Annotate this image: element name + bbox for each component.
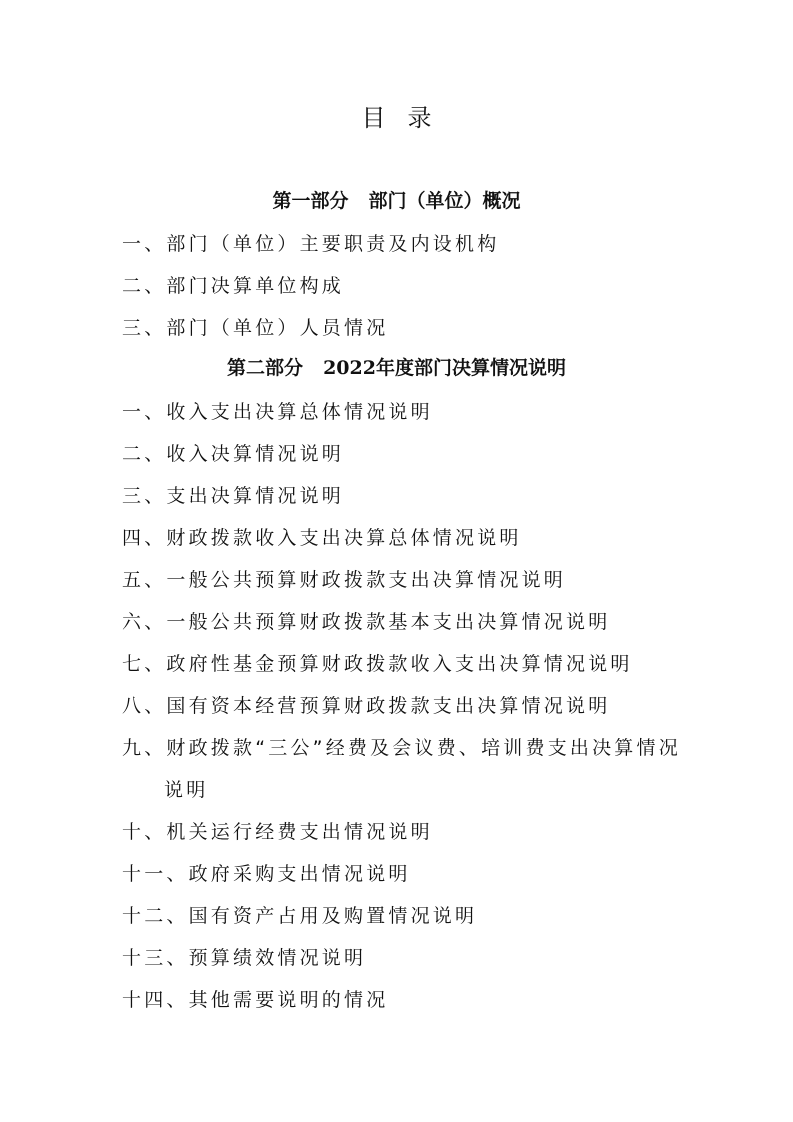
toc-item-text: 一般公共预算财政拨款支出决算情况说明 bbox=[166, 569, 566, 591]
toc-item-text: 支出决算情况说明 bbox=[166, 485, 344, 507]
toc-item-text: 部门决算单位构成 bbox=[166, 275, 344, 297]
toc-item[interactable]: 一、部门（单位）主要职责及内设机构 bbox=[122, 229, 499, 259]
toc-item-text: 其他需要说明的情况 bbox=[189, 989, 389, 1011]
toc-item-number: 二、 bbox=[122, 443, 166, 465]
toc-item-number: 一、 bbox=[122, 401, 166, 423]
toc-item[interactable]: 十、机关运行经费支出情况说明 bbox=[122, 817, 433, 847]
toc-item-number: 一、 bbox=[122, 233, 166, 255]
toc-item-text: 部门（单位）人员情况 bbox=[166, 317, 388, 339]
toc-item-text: 收入支出决算总体情况说明 bbox=[166, 401, 432, 423]
toc-item-continuation[interactable]: 说明 bbox=[164, 775, 208, 805]
toc-item-text: 说明 bbox=[164, 779, 208, 801]
toc-item[interactable]: 六、一般公共预算财政拨款基本支出决算情况说明 bbox=[122, 607, 610, 637]
toc-item-text: 政府性基金预算财政拨款收入支出决算情况说明 bbox=[166, 653, 632, 675]
toc-item[interactable]: 二、收入决算情况说明 bbox=[122, 439, 344, 469]
toc-item-text: 政府采购支出情况说明 bbox=[189, 863, 411, 885]
toc-item[interactable]: 五、一般公共预算财政拨款支出决算情况说明 bbox=[122, 565, 566, 595]
document-page: 目录 第一部分部门（单位）概况 一、部门（单位）主要职责及内设机构 二、部门决算… bbox=[0, 0, 793, 1122]
toc-item-text: 一般公共预算财政拨款基本支出决算情况说明 bbox=[166, 611, 610, 633]
toc-item-number: 十三、 bbox=[122, 947, 189, 969]
toc-item-text: 机关运行经费支出情况说明 bbox=[166, 821, 432, 843]
toc-item-number: 十、 bbox=[122, 821, 166, 843]
toc-item[interactable]: 八、国有资本经营预算财政拨款支出决算情况说明 bbox=[122, 691, 610, 721]
part-2-heading: 第二部分2022年度部门决算情况说明 bbox=[0, 353, 793, 383]
part-2-label: 第二部分 bbox=[227, 357, 303, 379]
toc-item-number: 六、 bbox=[122, 611, 166, 633]
toc-item[interactable]: 十一、政府采购支出情况说明 bbox=[122, 859, 411, 889]
toc-item[interactable]: 七、政府性基金预算财政拨款收入支出决算情况说明 bbox=[122, 649, 633, 679]
toc-item-text: 国有资产占用及购置情况说明 bbox=[189, 905, 478, 927]
part-1-label: 第一部分 bbox=[272, 190, 348, 212]
toc-item[interactable]: 三、支出决算情况说明 bbox=[122, 481, 344, 511]
part-2-title: 2022年度部门决算情况说明 bbox=[323, 357, 566, 379]
title-char-2: 录 bbox=[408, 104, 432, 132]
toc-item[interactable]: 十二、国有资产占用及购置情况说明 bbox=[122, 901, 477, 931]
toc-item-number: 十一、 bbox=[122, 863, 189, 885]
toc-item[interactable]: 十四、其他需要说明的情况 bbox=[122, 985, 388, 1015]
toc-item-text: 国有资本经营预算财政拨款支出决算情况说明 bbox=[166, 695, 610, 717]
page-title: 目录 bbox=[0, 100, 793, 136]
part-1-heading: 第一部分部门（单位）概况 bbox=[0, 186, 793, 216]
toc-item-text: 财政拨款“三公”经费及会议费、培训费支出决算情况 bbox=[166, 737, 681, 759]
toc-item-number: 九、 bbox=[122, 737, 166, 759]
toc-item[interactable]: 三、部门（单位）人员情况 bbox=[122, 313, 388, 343]
toc-item-number: 十四、 bbox=[122, 989, 189, 1011]
toc-item-text: 收入决算情况说明 bbox=[166, 443, 344, 465]
toc-item-number: 五、 bbox=[122, 569, 166, 591]
title-char-1: 目 bbox=[362, 104, 386, 132]
toc-item-text: 财政拨款收入支出决算总体情况说明 bbox=[166, 527, 521, 549]
toc-item[interactable]: 九、财政拨款“三公”经费及会议费、培训费支出决算情况 bbox=[122, 733, 681, 763]
toc-item[interactable]: 二、部门决算单位构成 bbox=[122, 271, 344, 301]
toc-item-number: 四、 bbox=[122, 527, 166, 549]
toc-item[interactable]: 四、财政拨款收入支出决算总体情况说明 bbox=[122, 523, 522, 553]
toc-item-number: 八、 bbox=[122, 695, 166, 717]
part-1-title: 部门（单位）概况 bbox=[369, 190, 521, 212]
toc-item[interactable]: 一、收入支出决算总体情况说明 bbox=[122, 397, 433, 427]
toc-item-number: 三、 bbox=[122, 485, 166, 507]
toc-item-text: 部门（单位）主要职责及内设机构 bbox=[166, 233, 499, 255]
toc-item-number: 二、 bbox=[122, 275, 166, 297]
toc-item-number: 十二、 bbox=[122, 905, 189, 927]
toc-item-number: 三、 bbox=[122, 317, 166, 339]
toc-item-text: 预算绩效情况说明 bbox=[189, 947, 367, 969]
toc-item-number: 七、 bbox=[122, 653, 166, 675]
toc-item[interactable]: 十三、预算绩效情况说明 bbox=[122, 943, 366, 973]
